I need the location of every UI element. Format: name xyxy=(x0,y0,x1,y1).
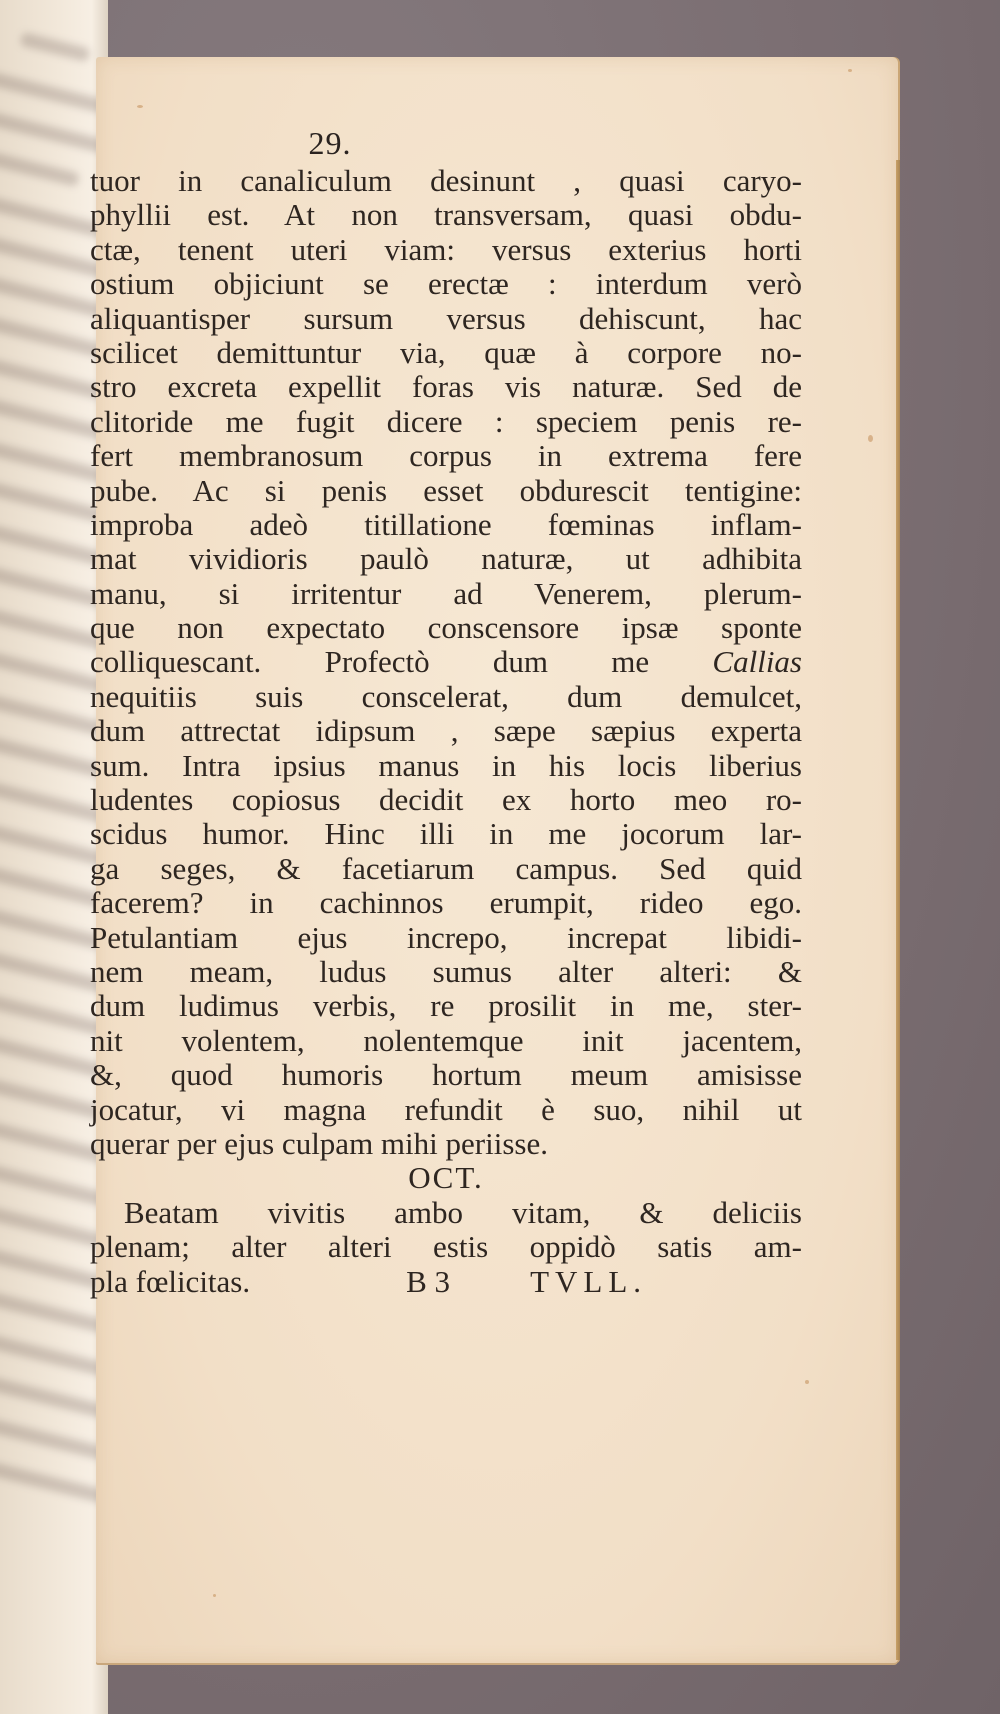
page-number: 29. xyxy=(290,125,370,162)
text-line: ostium objiciunt se erectæ : interdum ve… xyxy=(90,267,802,301)
text-line: Petulantiam ejus increpo, increpat libid… xyxy=(90,921,802,955)
page-edge xyxy=(896,160,900,1660)
text-line: nem meam, ludus sumus alter alteri: & xyxy=(90,955,802,989)
speaker-heading: OCT. xyxy=(90,1161,802,1195)
text-line: ga seges, & facetiarum campus. Sed quid xyxy=(90,852,802,886)
italic-name: Callias xyxy=(712,644,802,679)
text-line: ludentes copiosus decidit ex horto meo r… xyxy=(90,783,802,817)
text-line: dum attrectat idipsum , sæpe sæpius expe… xyxy=(90,714,802,748)
text-line: jocatur, vi magna refundit è suo, nihil … xyxy=(90,1093,802,1127)
final-line: pla fœlicitas. B 3 TVLL. xyxy=(90,1265,802,1299)
text-line: aliquantisper sursum versus dehiscunt, h… xyxy=(90,302,802,336)
text-fragment: colliquescant. Profectò dum me xyxy=(90,644,649,679)
text-line: sum. Intra ipsius manus in his locis lib… xyxy=(90,749,802,783)
catchword: TVLL. xyxy=(530,1265,647,1299)
text-line: nit volentem, nolentemque init jacentem, xyxy=(90,1024,802,1058)
text-line: fert membranosum corpus in extrema fere xyxy=(90,439,802,473)
text-line: pube. Ac si penis esset obdurescit tenti… xyxy=(90,474,802,508)
text-line: plenam; alter alteri estis oppidò satis … xyxy=(90,1230,802,1264)
text-line-with-name: colliquescant. Profectò dum me Callias xyxy=(90,645,802,679)
text-line: dum ludimus verbis, re prosilit in me, s… xyxy=(90,989,802,1023)
text-line: nequitiis suis conscelerat, dum demulcet… xyxy=(90,680,802,714)
body-text: tuor in canaliculum desinunt , quasi car… xyxy=(90,164,802,1299)
text-line: Beatam vivitis ambo vitam, & deliciis xyxy=(90,1196,802,1230)
text-line: clitoride me fugit dicere : speciem peni… xyxy=(90,405,802,439)
text-line: stro excreta expellit foras vis naturæ. … xyxy=(90,370,802,404)
text-line: scilicet demittuntur via, quæ à corpore … xyxy=(90,336,802,370)
text-line: ctæ, tenent uteri viam: versus exterius … xyxy=(90,233,802,267)
text-line: manu, si irritentur ad Venerem, plerum- xyxy=(90,577,802,611)
text-line: improba adeò titillatione fœminas inflam… xyxy=(90,508,802,542)
text-line: facerem? in cachinnos erumpit, rideo ego… xyxy=(90,886,802,920)
signature-mark: B 3 xyxy=(406,1265,450,1299)
text-fragment: pla fœlicitas. xyxy=(90,1265,250,1299)
text-line: tuor in canaliculum desinunt , quasi car… xyxy=(90,164,802,198)
text-line: phyllii est. At non transversam, quasi o… xyxy=(90,198,802,232)
text-line: scidus humor. Hinc illi in me jocorum la… xyxy=(90,817,802,851)
text-line: &, quod humoris hortum meum amisisse xyxy=(90,1058,802,1092)
text-line: querar per ejus culpam mihi periisse. xyxy=(90,1127,802,1161)
text-line: que non expectato conscensore ipsæ spont… xyxy=(90,611,802,645)
text-line: mat vividioris paulò naturæ, ut adhibita xyxy=(90,542,802,576)
